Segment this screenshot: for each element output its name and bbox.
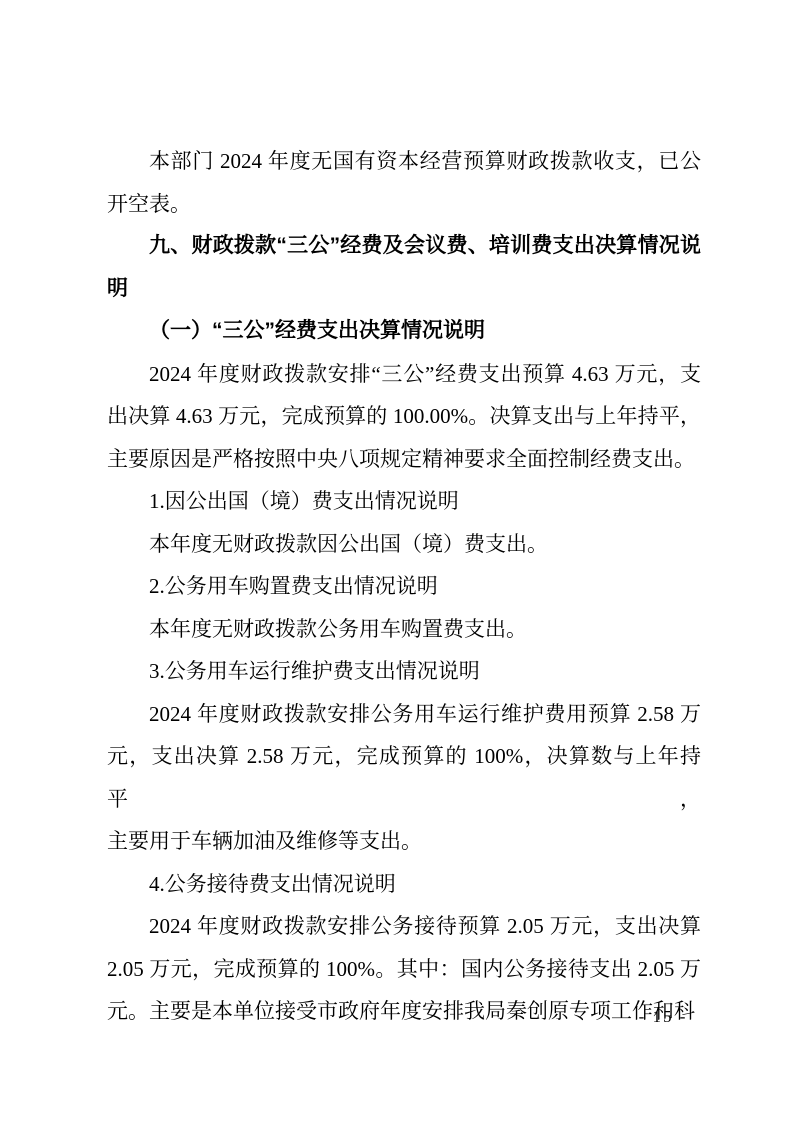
paragraph: 本年度无财政拨款因公出国（境）费支出。: [107, 523, 701, 566]
paragraph: 1.因公出国（境）费支出情况说明: [107, 480, 701, 523]
paragraph: 3.公务用车运行维护费支出情况说明: [107, 650, 701, 693]
text-content: 本部门 2024 年度无国有资本经营预算财政拨款收支，已公开空表。九、财政拨款“…: [107, 140, 701, 1033]
document-page: 本部门 2024 年度无国有资本经营预算财政拨款收支，已公开空表。九、财政拨款“…: [0, 0, 793, 1122]
text-line: 九、财政拨款“三公”经费及会议费、培训费支出决算情况说: [107, 225, 701, 268]
page-number: - 15 -: [563, 1007, 763, 1027]
text-line: 开空表。: [107, 183, 701, 226]
text-line: 4.公务接待费支出情况说明: [107, 863, 701, 906]
paragraph: 本部门 2024 年度无国有资本经营预算财政拨款收支，已公开空表。: [107, 140, 701, 225]
paragraph: 4.公务接待费支出情况说明: [107, 863, 701, 906]
text-line: 主要原因是严格按照中央八项规定精神要求全面控制经费支出。: [107, 438, 701, 481]
paragraph: （一）“三公”经费支出决算情况说明: [107, 310, 701, 353]
text-line: 1.因公出国（境）费支出情况说明: [107, 480, 701, 523]
paragraph: 2024 年度财政拨款安排公务用车运行维护费用预算 2.58 万元，支出决算 2…: [107, 693, 701, 863]
text-line: 本部门 2024 年度无国有资本经营预算财政拨款收支，已公: [107, 140, 701, 183]
text-line: 本年度无财政拨款因公出国（境）费支出。: [107, 523, 701, 566]
text-line: 本年度无财政拨款公务用车购置费支出。: [107, 608, 701, 651]
text-line: 出决算 4.63 万元，完成预算的 100.00%。决算支出与上年持平，: [107, 395, 701, 438]
text-line: 2024 年度财政拨款安排公务用车运行维护费用预算 2.58 万: [107, 693, 701, 736]
text-line: 2024 年度财政拨款安排公务接待预算 2.05 万元，支出决算: [107, 905, 701, 948]
text-line: 2.05 万元，完成预算的 100%。其中：国内公务接待支出 2.05 万: [107, 948, 701, 991]
paragraph: 2.公务用车购置费支出情况说明: [107, 565, 701, 608]
text-line: 主要用于车辆加油及维修等支出。: [107, 820, 701, 863]
text-line: 3.公务用车运行维护费支出情况说明: [107, 650, 701, 693]
text-line: （一）“三公”经费支出决算情况说明: [107, 310, 701, 353]
paragraph: 2024 年度财政拨款安排“三公”经费支出预算 4.63 万元，支出决算 4.6…: [107, 353, 701, 481]
text-line: 2.公务用车购置费支出情况说明: [107, 565, 701, 608]
text-line: 元，支出决算 2.58 万元，完成预算的 100%，决算数与上年持平，: [107, 735, 701, 820]
text-line: 2024 年度财政拨款安排“三公”经费支出预算 4.63 万元，支: [107, 353, 701, 396]
paragraph: 九、财政拨款“三公”经费及会议费、培训费支出决算情况说明: [107, 225, 701, 310]
paragraph: 本年度无财政拨款公务用车购置费支出。: [107, 608, 701, 651]
text-line: 明: [107, 268, 701, 311]
